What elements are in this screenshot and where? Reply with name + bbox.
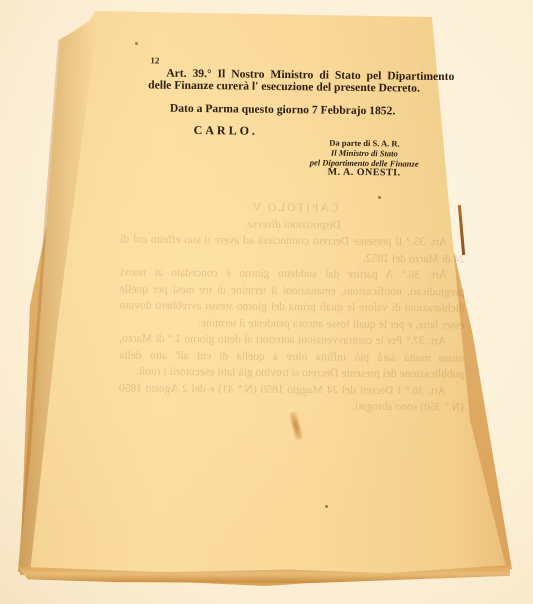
article-39-text: Art. 39.° Il Nostro Ministro di Stato pe… [148,67,454,94]
dated-line: Dato a Parma questo giorno 7 Febbrajo 18… [170,102,396,118]
countersignature-block: Da parte di S. A. R. Il Ministro di Stat… [269,137,459,179]
countersign-minister-name: M. A. ONESTI. [269,167,459,179]
page-number: 12 [150,55,159,65]
signatory-name: CARLO. [194,123,259,139]
printed-text: 12 Art. 39.° Il Nostro Ministro di Stato… [0,0,533,604]
